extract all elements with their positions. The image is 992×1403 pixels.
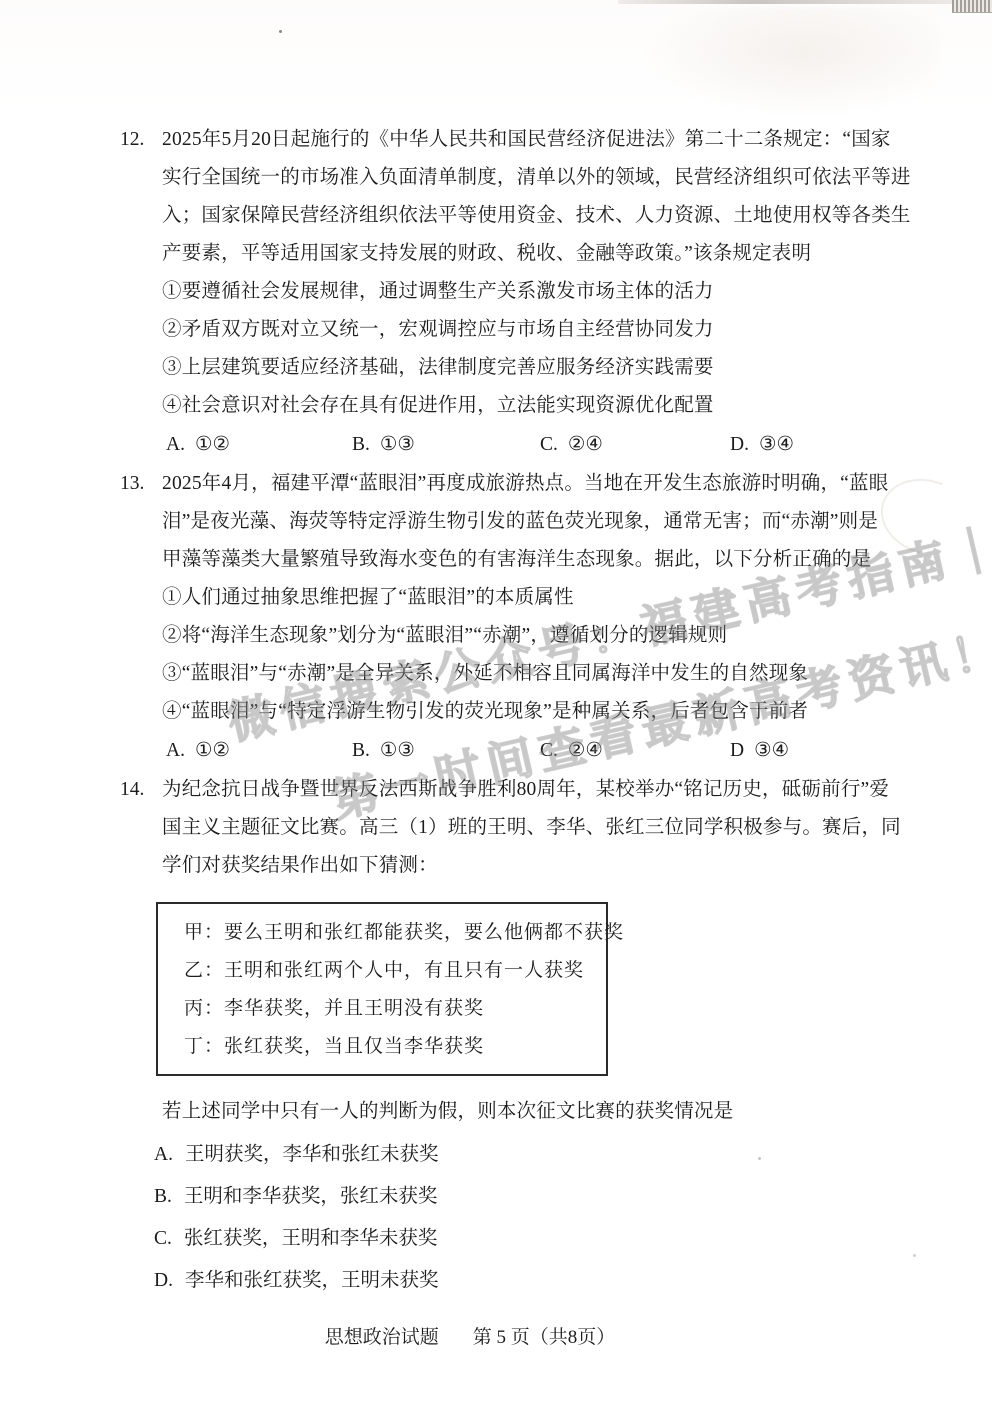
question-13: 13. 2025年4月，福建平潭“蓝眼泪”再度成旅游热点。当地在开发生态旅游时明… <box>120 465 920 771</box>
question-line: 2025年5月20日起施行的《中华人民共和国民营经济促进法》第二十二条规定：“国… <box>162 121 920 159</box>
option-c: C.②④ <box>540 425 730 465</box>
option-d: D.李华和张红获奖，王明未获奖 <box>154 1260 920 1302</box>
option-a: A.①② <box>166 731 352 771</box>
footer-page-number: 第 5 页（共8页） <box>473 1327 616 1348</box>
question-stem2: 若上述同学中只有一人的判断为假，则本次征文比赛的获奖情况是 <box>162 1093 920 1131</box>
options-list: A.王明获奖，李华和张红未获奖 B.王明和李华获奖，张红未获奖 C.张红获奖，王… <box>154 1134 920 1302</box>
option-c: C.②④ <box>540 731 730 771</box>
prediction-line-ding: 丁：张红获奖，当且仅当李华获奖 <box>184 1027 598 1065</box>
scan-speck <box>279 30 282 33</box>
scan-corner-stripe-artifact <box>952 0 992 13</box>
option-b: B.①③ <box>352 731 540 771</box>
prediction-box: 甲：要么王明和张红都能获奖，要么他俩都不获奖 乙：王明和张红两个人中，有且只有一… <box>156 902 608 1076</box>
question-number: 13. <box>120 465 162 771</box>
statement-line: ①要遵循社会发展规律，通过调整生产关系激发市场主体的活力 <box>162 273 920 311</box>
option-d: D.③④ <box>730 425 920 465</box>
option-b: B.①③ <box>352 425 540 465</box>
option-d: D③④ <box>730 731 920 771</box>
question-line: 为纪念抗日战争暨世界反法西斯战争胜利80周年，某校举办“铭记历史，砥砺前行”爱 <box>162 771 920 809</box>
statement-line: ①人们通过抽象思维把握了“蓝眼泪”的本质属性 <box>162 579 920 617</box>
question-line: 泪”是夜光藻、海荧等特定浮游生物引发的蓝色荧光现象，通常无害；而“赤潮”则是 <box>162 503 920 541</box>
prediction-line-bing: 丙：李华获奖，并且王明没有获奖 <box>184 989 598 1027</box>
exam-content: 12. 2025年5月20日起施行的《中华人民共和国民营经济促进法》第二十二条规… <box>120 121 920 1302</box>
page-footer: 思想政治试题第 5 页（共8页） <box>0 1322 966 1349</box>
statement-line: ③上层建筑要适应经济基础，法律制度完善应服务经济实践需要 <box>162 349 920 387</box>
footer-subject: 思想政治试题 <box>325 1327 439 1348</box>
prediction-line-jia: 甲：要么王明和张红都能获奖，要么他俩都不获奖 <box>184 913 598 951</box>
options-row: A.①② B.①③ C.②④ D③④ <box>162 731 920 771</box>
statement-line: ②矛盾双方既对立又统一，宏观调控应与市场自主经营协同发力 <box>162 311 920 349</box>
option-a: A.王明获奖，李华和张红未获奖 <box>154 1134 920 1176</box>
scan-smudge-artifact <box>640 8 940 118</box>
question-line: 国主义主题征文比赛。高三（1）班的王明、李华、张红三位同学积极参与。赛后，同 <box>162 809 920 847</box>
question-line: 甲藻等藻类大量繁殖导致海水变色的有害海洋生态现象。据此，以下分析正确的是 <box>162 541 920 579</box>
prediction-line-yi: 乙：王明和张红两个人中，有且只有一人获奖 <box>184 951 598 989</box>
option-a: A.①② <box>166 425 352 465</box>
question-line: 学们对获奖结果作出如下猜测： <box>162 847 920 885</box>
statement-line: ②将“海洋生态现象”划分为“蓝眼泪”“赤潮”，遵循划分的逻辑规则 <box>162 617 920 655</box>
question-line: 实行全国统一的市场准入负面清单制度，清单以外的领域，民营经济组织可依法平等进 <box>162 159 920 197</box>
question-line: 入；国家保障民营经济组织依法平等使用资金、技术、人力资源、土地使用权等各类生 <box>162 197 920 235</box>
question-14: 14. 为纪念抗日战争暨世界反法西斯战争胜利80周年，某校举办“铭记历史，砥砺前… <box>120 771 920 1302</box>
scan-top-edge-artifact <box>618 0 953 4</box>
options-row: A.①② B.①③ C.②④ D.③④ <box>162 425 920 465</box>
question-line: 产要素，平等适用国家支持发展的财政、税收、金融等政策。”该条规定表明 <box>162 235 920 273</box>
option-c: C.张红获奖，王明和李华未获奖 <box>154 1218 920 1260</box>
question-number: 12. <box>120 121 162 465</box>
option-b: B.王明和李华获奖，张红未获奖 <box>154 1176 920 1218</box>
question-line: 2025年4月，福建平潭“蓝眼泪”再度成旅游热点。当地在开发生态旅游时明确，“蓝… <box>162 465 920 503</box>
scanned-exam-page: 微信搜索公众号：福建高考指南｜猜学网 第一时间查看最新高考资讯！ 12. 202… <box>0 0 992 1403</box>
question-12: 12. 2025年5月20日起施行的《中华人民共和国民营经济促进法》第二十二条规… <box>120 121 920 465</box>
statement-line: ④“蓝眼泪”与“特定浮游生物引发的荧光现象”是种属关系，后者包含于前者 <box>162 693 920 731</box>
statement-line: ④社会意识对社会存在具有促进作用，立法能实现资源优化配置 <box>162 387 920 425</box>
statement-line: ③“蓝眼泪”与“赤潮”是全异关系，外延不相容且同属海洋中发生的自然现象 <box>162 655 920 693</box>
